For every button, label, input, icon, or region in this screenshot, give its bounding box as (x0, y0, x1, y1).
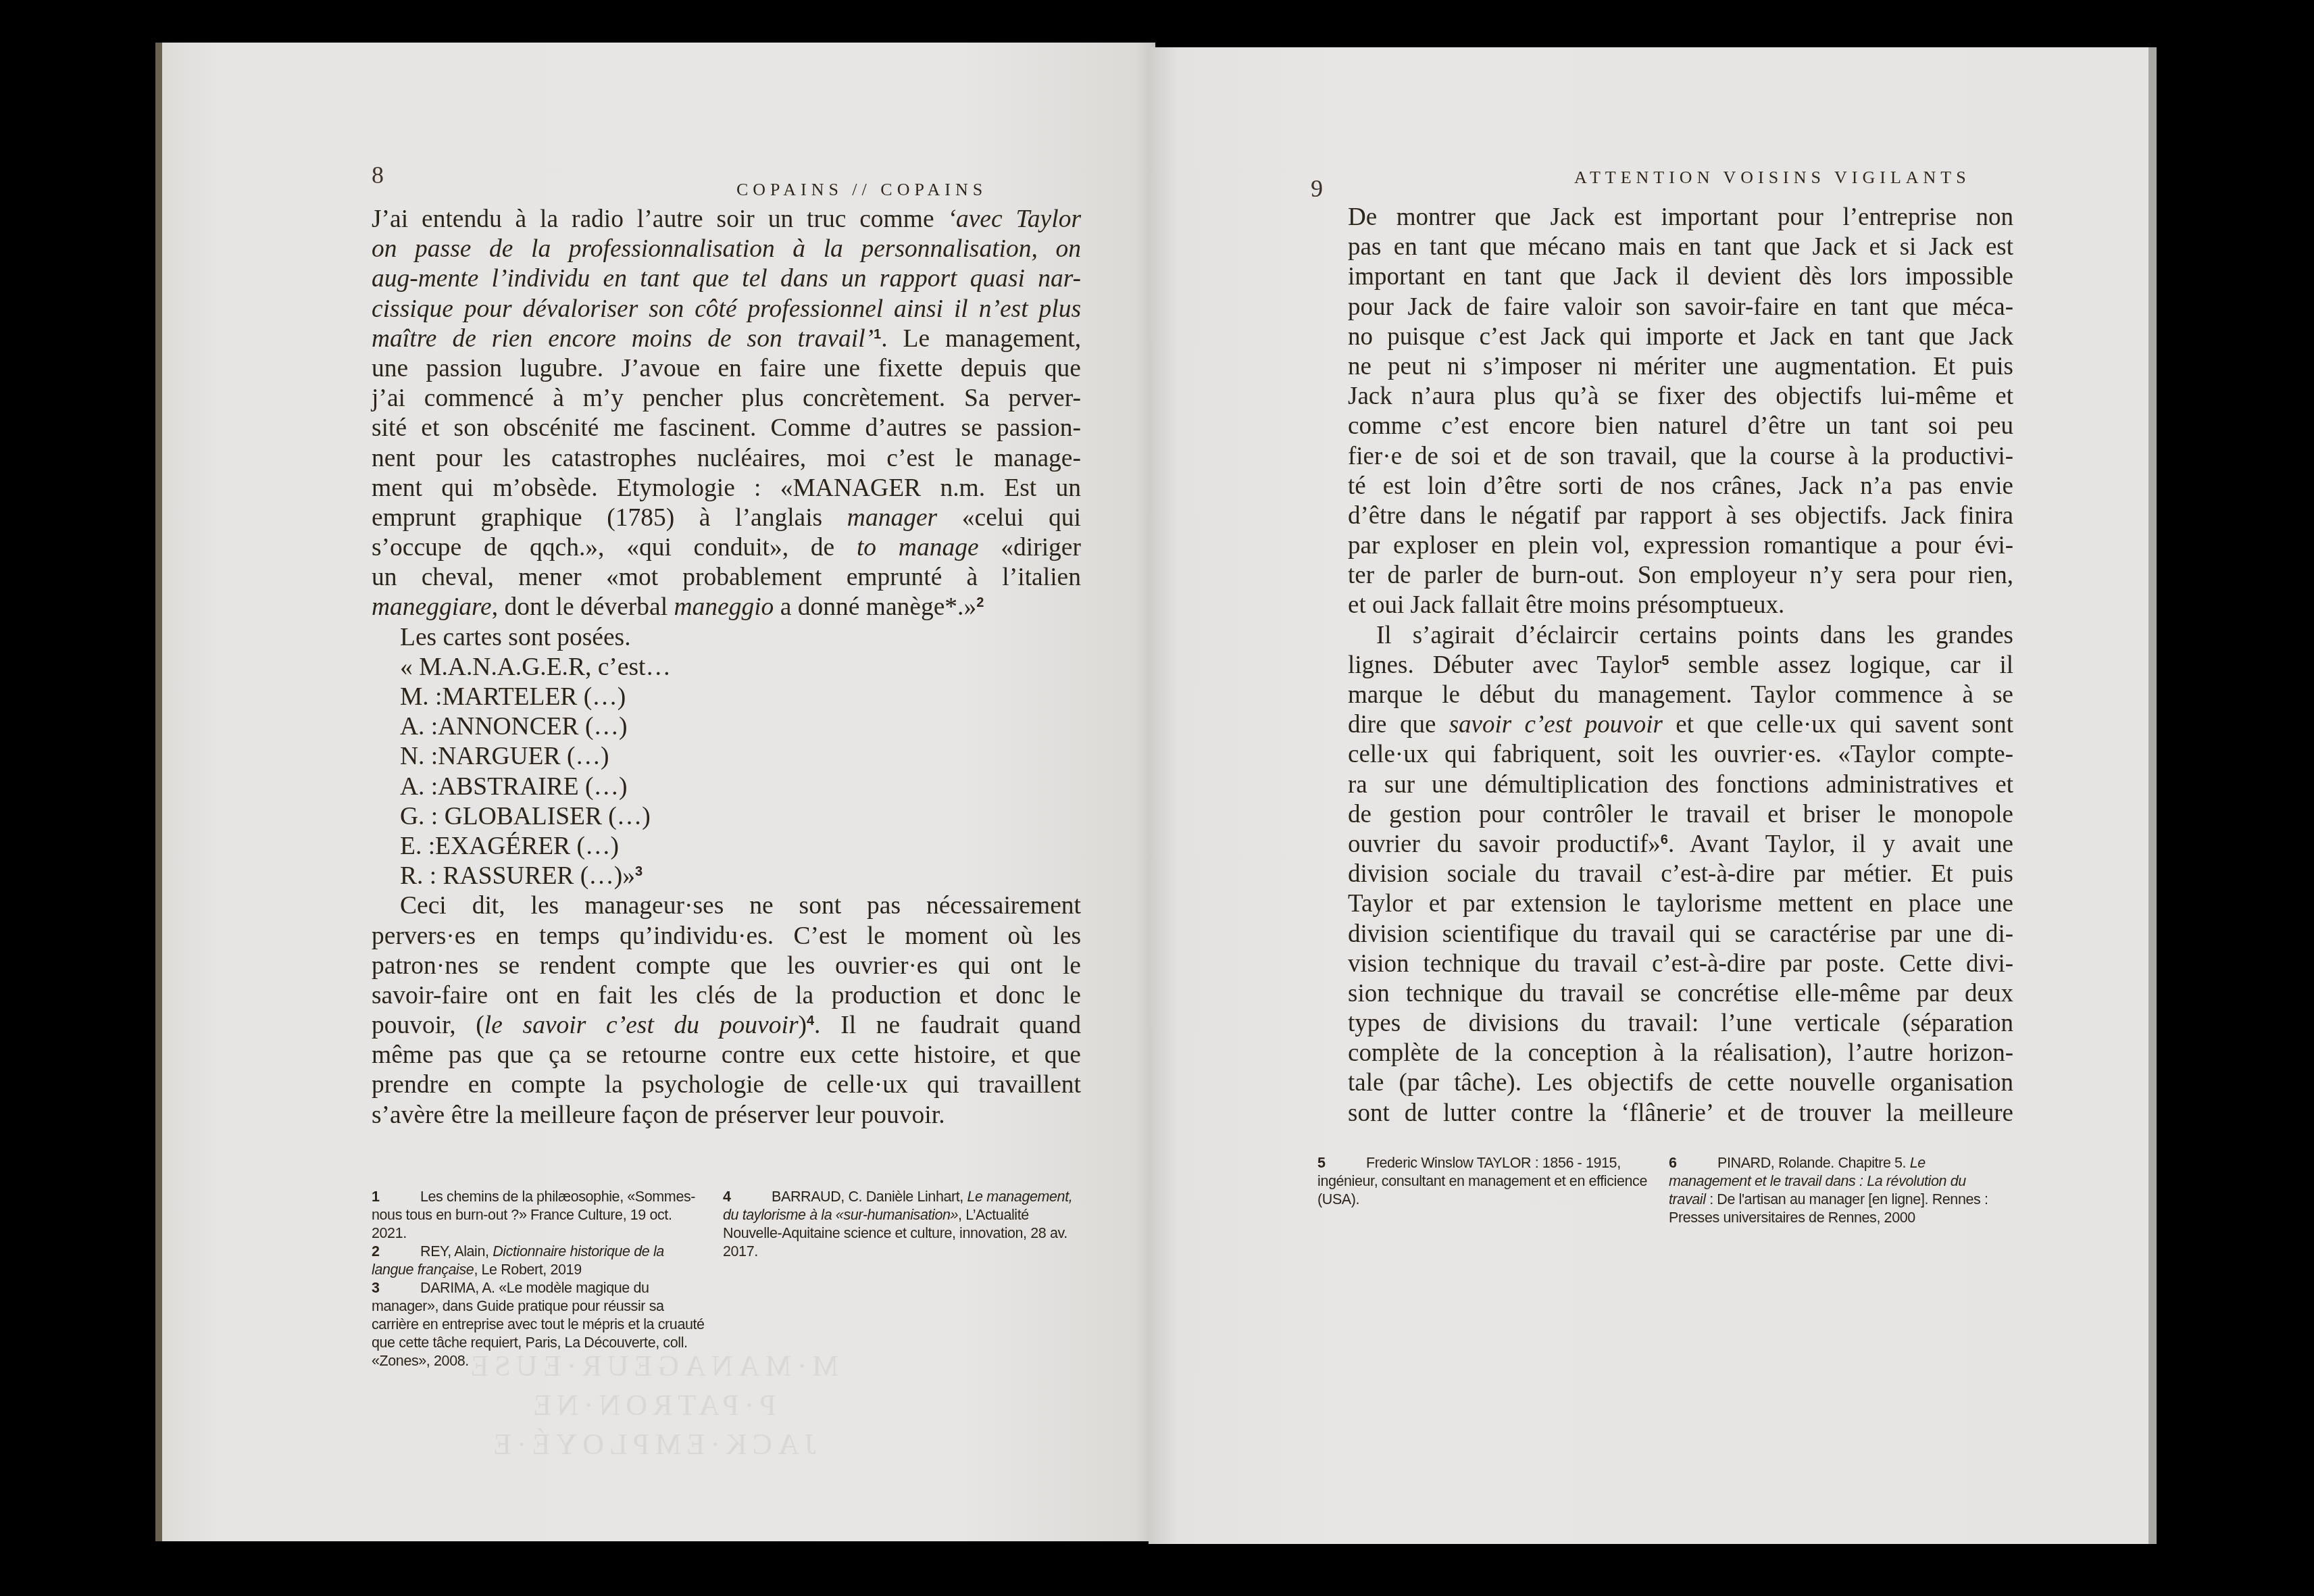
text-line: ouvrier du savoir productif»6. Avant Tay… (1348, 830, 2013, 859)
text-line: division scientifique du travail qui se … (1348, 920, 2013, 949)
right-page: 9 ATTENTION VOISINS VIGILANTS De montrer… (1149, 47, 2157, 1544)
body-text: J’ai entendu à la radio l’autre soir un … (372, 205, 1081, 1130)
text-line: emprunt graphique (1785) à l’anglais man… (372, 503, 1081, 533)
text-line: maître de rien encore moins de son trava… (372, 324, 1081, 354)
footnote-ref: 1 (874, 327, 881, 342)
footnote-5: 5Frederic Winslow TAYLOR : 1856 - 1915, … (1317, 1154, 1649, 1209)
text-line: pas en tant que mécano mais en tant que … (1348, 232, 2013, 262)
text-line: savoir-faire ont en fait les clés de la … (372, 981, 1081, 1011)
text-line: division sociale du travail c’est-à-dire… (1348, 859, 2013, 889)
text-line: une passion lugubre. J’avoue en faire un… (372, 354, 1081, 384)
acrostic-item: E. :EXAGÉRER (…) (372, 832, 1081, 862)
text-line: ter de parler de burn-out. Son employeur… (1348, 561, 2013, 591)
text-line: fier·e de soi et de son travail, que la … (1348, 442, 2013, 472)
text-line: tale (par tâche). Les objectifs de cette… (1348, 1068, 2013, 1098)
page-number: 9 (1311, 174, 1323, 203)
footnote-4: 4BARRAUD, C. Danièle Linhart, Le managem… (723, 1188, 1074, 1261)
text-line: j’ai commencé à m’y pencher plus concrèt… (372, 384, 1081, 414)
running-head: ATTENTION VOISINS VIGILANTS (1574, 168, 1971, 188)
text-line: par exploser en plein vol, expression ro… (1348, 531, 2013, 561)
footnote-ref: 4 (807, 1014, 814, 1028)
text-line: un cheval, mener «mot probablement empru… (372, 563, 1081, 593)
acrostic-item: R. : RASSURER (…)»3 (372, 862, 1081, 891)
body-text: De montrer que Jack est important pour l… (1348, 203, 2013, 1128)
text-line: types de divisions du travail: l’une ver… (1348, 1009, 2013, 1039)
text-line: prendre en compte la psychologie de cell… (372, 1070, 1081, 1100)
text-line: sité et son obscénité me fascinent. Comm… (372, 414, 1081, 443)
text-line: même pas que ça se retourne contre eux c… (372, 1041, 1081, 1070)
footnote-3: 3DARIMA, A. «Le modèle magique du manage… (372, 1279, 706, 1370)
text-line: important en tant que Jack il devient dè… (1348, 262, 2013, 292)
text-line: De montrer que Jack est important pour l… (1348, 203, 2013, 232)
text-line: comme c’est encore bien naturel d’être u… (1348, 412, 2013, 441)
text-line: vision technique du travail c’est-à-dire… (1348, 949, 2013, 979)
footnote-ref: 5 (1661, 653, 1669, 668)
acrostic-item: G. : GLOBALISER (…) (372, 802, 1081, 832)
text-line: ment qui m’obsède. Etymologie : «MANAGER… (372, 474, 1081, 503)
text-line: d’être dans le négatif par rapport à ses… (1348, 501, 2013, 531)
text-line: cissique pour dévaloriser son côté profe… (372, 295, 1081, 324)
text-line: complète de la conception à la réalisati… (1348, 1039, 2013, 1068)
text-line: et oui Jack fallait être moins présomptu… (1348, 591, 2013, 620)
text-line: no puisque c’est Jack qui importe et Jac… (1348, 322, 2013, 352)
text-line: sion technique du travail se concrétise … (1348, 979, 2013, 1009)
footnote-ref: 6 (1661, 832, 1668, 847)
footnote-1: 1Les chemins de la philæosophie, «Sommes… (372, 1188, 706, 1243)
footnote-ref: 2 (976, 595, 984, 610)
text-line: maneggiare, dont le déverbal maneggio a … (372, 593, 1081, 622)
text-line: lignes. Débuter avec Taylor5 semble asse… (1348, 651, 2013, 680)
text-line: dire que savoir c’est pouvoir et que cel… (1348, 710, 2013, 740)
footnote-2: 2REY, Alain, Dictionnaire historique de … (372, 1243, 706, 1279)
text-line: Taylor et par extension le taylorisme me… (1348, 889, 2013, 919)
acrostic-item: N. :NARGUER (…) (372, 742, 1081, 772)
text-line: pervers·es en temps qu’individu·es. C’es… (372, 922, 1081, 951)
left-page: M·MANAGEUR·EUSE P·PATRON·NE JACK·EMPLOYÉ… (155, 43, 1155, 1541)
text-line: celle·ux qui fabriquent, soit les ouvrie… (1348, 740, 2013, 770)
text-line: aug-mente l’individu en tant que tel dan… (372, 264, 1081, 294)
text-line: patron·nes se rendent compte que les ouv… (372, 951, 1081, 981)
text-line: marque le début du management. Taylor co… (1348, 680, 2013, 710)
footnote-ref: 3 (635, 864, 643, 879)
acrostic-item: A. :ANNONCER (…) (372, 712, 1081, 742)
text-line: J’ai entendu à la radio l’autre soir un … (372, 205, 1081, 234)
acrostic-item: M. :MARTELER (…) (372, 682, 1081, 712)
text-line: pouvoir, (le savoir c’est du pouvoir)4. … (372, 1011, 1081, 1041)
text-line: pour Jack de faire valoir son savoir-fai… (1348, 293, 2013, 322)
text-line: s’avère être la meilleure façon de prése… (372, 1101, 1081, 1130)
cards-line: Les cartes sont posées. (372, 623, 1081, 653)
text-line: de gestion pour contrôler le travail et … (1348, 800, 2013, 830)
text-line: on passe de la professionnalisation à la… (372, 234, 1081, 264)
running-head: COPAINS // COPAINS (736, 180, 987, 200)
text-line: Jack n’aura plus qu’à se fixer des objec… (1348, 382, 2013, 412)
text-line: té est loin d’être sorti de nos crânes, … (1348, 472, 2013, 501)
footnote-6: 6PINARD, Rolande. Chapitre 5. Le managem… (1669, 1154, 2000, 1227)
acrostic-item: A. :ABSTRAIRE (…) (372, 772, 1081, 802)
text-line: sont de lutter contre la ‘flânerie’ et d… (1348, 1099, 2013, 1128)
text-line: Ceci dit, les manageur·ses ne sont pas n… (372, 891, 1081, 921)
text-line: ra sur une démultiplication des fonction… (1348, 770, 2013, 800)
acrostic-intro: « M.A.N.A.G.E.R, c’est… (372, 653, 1081, 682)
text-line: s’occupe de qqch.», «qui conduit», de to… (372, 533, 1081, 563)
text-line: nent pour les catastrophes nucléaires, m… (372, 444, 1081, 474)
text-line: Il s’agirait d’éclaircir certains points… (1348, 621, 2013, 651)
page-number: 8 (372, 161, 384, 189)
text-line: ne peut ni s’imposer ni mériter une augm… (1348, 352, 2013, 382)
